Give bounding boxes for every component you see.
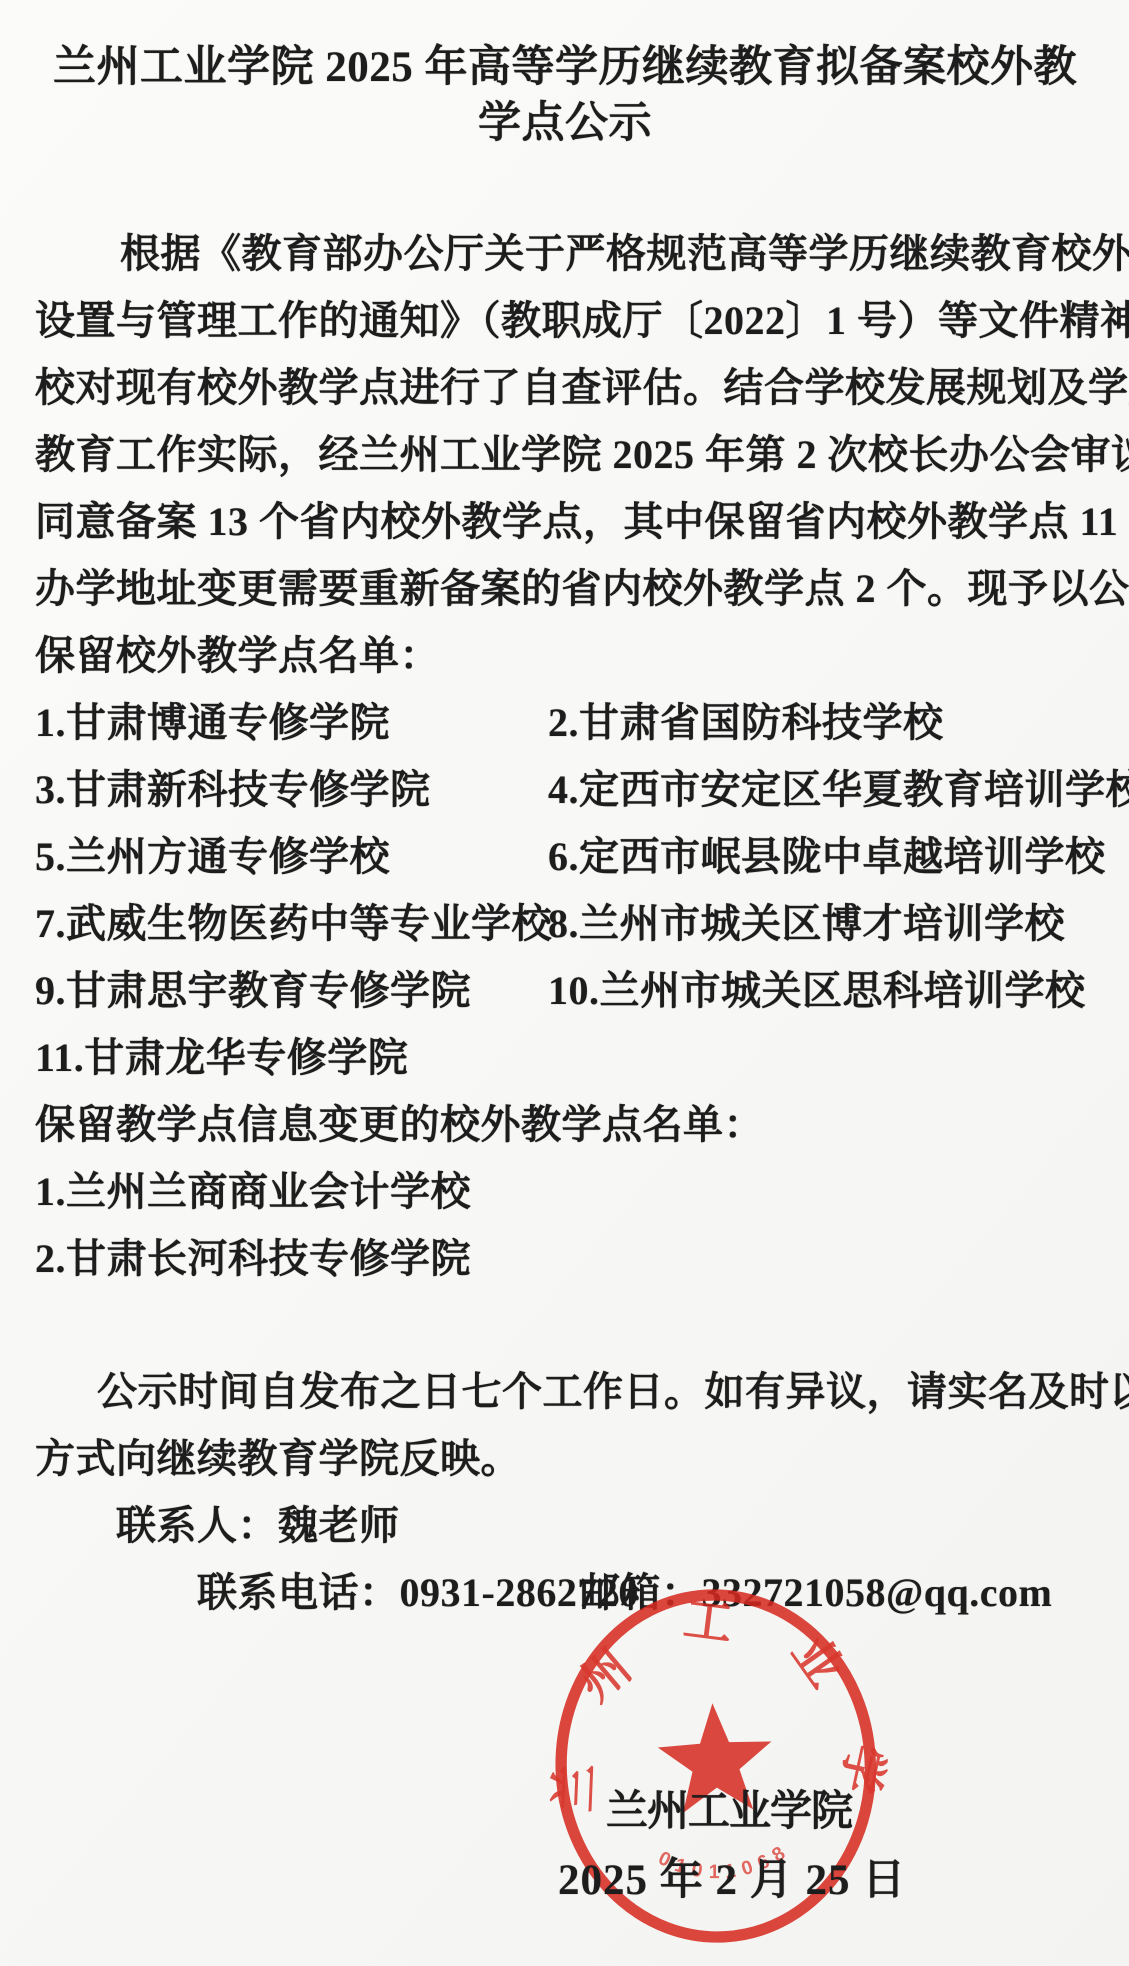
list-item: 1.兰州兰商商业会计学校 (35, 1158, 1095, 1225)
changed-list-heading: 保留教学点信息变更的校外教学点名单： (35, 1091, 1095, 1158)
closing-paragraph: 公示时间自发布之日七个工作日。如有异议，请实名及时以书面 方式向继续教育学院反映… (35, 1358, 1095, 1492)
intro-paragraph: 根据《教育部办公厅关于严格规范高等学历继续教育校外教学点 设置与管理工作的通知》… (35, 220, 1095, 622)
list-item: 11.甘肃龙华专修学院 (35, 1024, 548, 1091)
list-row: 1.甘肃博通专修学院 2.甘肃省国防科技学校 (35, 689, 1095, 756)
contact-phone: 联系电话：0931-2862720 (116, 1559, 580, 1626)
retained-list: 1.甘肃博通专修学院 2.甘肃省国防科技学校 3.甘肃新科技专修学院 4.定西市… (35, 689, 1095, 1091)
list-item: 8.兰州市城关区博才培训学校 (548, 890, 1095, 957)
signature-date: 2025 年 2 月 25 日 (558, 1846, 906, 1907)
list-item: 4.定西市安定区华夏教育培训学校 (548, 756, 1129, 823)
list-item: 5.兰州方通专修学校 (35, 823, 548, 890)
intro-line: 同意备案 13 个省内校外教学点，其中保留省内校外教学点 11 个，因 (35, 488, 1095, 555)
intro-line: 设置与管理工作的通知》（教职成厅〔2022〕1 号）等文件精神，学 (35, 287, 1095, 354)
list-item: 2.甘肃长河科技专修学院 (35, 1225, 1095, 1292)
list-item: 6.定西市岷县陇中卓越培训学校 (548, 823, 1106, 890)
list-row: 3.甘肃新科技专修学院 4.定西市安定区华夏教育培训学校 (35, 756, 1095, 823)
list-item: 7.武威生物医药中等专业学校 (35, 890, 548, 957)
list-item: 2.甘肃省国防科技学校 (548, 689, 1095, 756)
list-item: 1.甘肃博通专修学院 (35, 689, 548, 756)
signature-organization: 兰州工业学院 (606, 1778, 852, 1838)
list-item: 9.甘肃思宇教育专修学院 (35, 957, 548, 1024)
intro-line: 校对现有校外教学点进行了自查评估。结合学校发展规划及学历继续 (35, 354, 1095, 421)
retained-list-heading: 保留校外教学点名单： (35, 622, 1095, 689)
intro-line: 根据《教育部办公厅关于严格规范高等学历继续教育校外教学点 (35, 220, 1095, 287)
page-title: 兰州工业学院 2025 年高等学历继续教育拟备案校外教学点公示 (35, 0, 1095, 152)
document-body: 兰州工业学院 2025 年高等学历继续教育拟备案校外教学点公示 根据《教育部办公… (35, 0, 1095, 1626)
list-row: 9.甘肃思宇教育专修学院 10.兰州市城关区思科培训学校 (35, 957, 1095, 1024)
intro-line: 教育工作实际，经兰州工业学院 2025 年第 2 次校长办公会审议，拟 (35, 421, 1095, 488)
contact-phone-label: 联系电话： (197, 1570, 400, 1615)
list-row: 11.甘肃龙华专修学院 (35, 1024, 1095, 1091)
list-item (548, 1024, 1095, 1091)
list-row: 7.武威生物医药中等专业学校 8.兰州市城关区博才培训学校 (35, 890, 1095, 957)
closing-line: 方式向继续教育学院反映。 (35, 1425, 1095, 1492)
list-item: 10.兰州市城关区思科培训学校 (548, 957, 1095, 1024)
list-row: 5.兰州方通专修学校 6.定西市岷县陇中卓越培训学校 (35, 823, 1095, 890)
document-page: 兰州工业学院 2025 年高等学历继续教育拟备案校外教学点公示 根据《教育部办公… (0, 0, 1129, 1966)
list-item: 3.甘肃新科技专修学院 (35, 756, 548, 823)
changed-list: 1.兰州兰商商业会计学校 2.甘肃长河科技专修学院 (35, 1158, 1095, 1292)
contact-person: 联系人：魏老师 (35, 1492, 1095, 1559)
spacer (35, 1292, 1095, 1358)
intro-line: 办学地址变更需要重新备案的省内校外教学点 2 个。现予以公示。 (35, 555, 1095, 622)
closing-line: 公示时间自发布之日七个工作日。如有异议，请实名及时以书面 (35, 1358, 1095, 1425)
